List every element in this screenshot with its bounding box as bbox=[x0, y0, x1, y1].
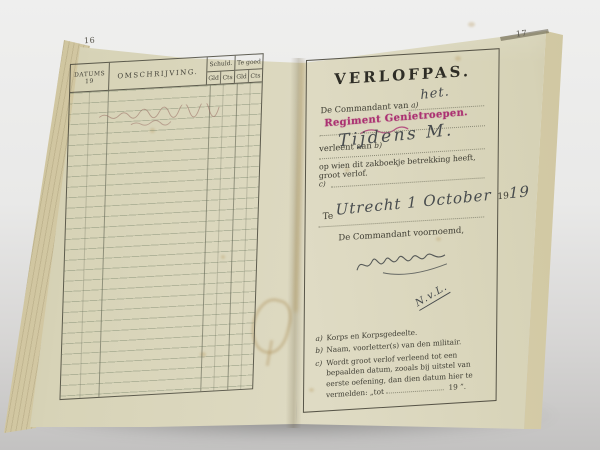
fox-spot bbox=[468, 22, 475, 27]
commandant-signature bbox=[353, 240, 453, 284]
table-gridline bbox=[240, 83, 251, 389]
footnote-c-closing-quote: ”. bbox=[460, 382, 466, 391]
form-title: VERLOFPAS. bbox=[307, 60, 499, 90]
footnote-c-year: 19 bbox=[448, 383, 457, 393]
footnotes: a) Korps en Korpsgedeelte. b) Naam, voor… bbox=[315, 321, 487, 402]
paraaf-initials: N.v.L. bbox=[414, 282, 451, 311]
column-omschrijving: OMSCHRIJVING. bbox=[109, 57, 208, 90]
handwritten-place-date: Utrecht 1 October 1919 bbox=[335, 182, 530, 219]
table-gridline bbox=[79, 92, 90, 398]
verlofpas-form: VERLOFPAS. De Commandant van a) het. Reg… bbox=[303, 48, 500, 413]
column-schuld: Schuld. Gld Cts bbox=[207, 56, 236, 85]
column-tegoed: Te goed Gld Cts bbox=[235, 54, 263, 83]
footnote-c: c) Wordt groot verlof verleend tot een b… bbox=[315, 348, 487, 402]
account-table-body bbox=[60, 82, 261, 399]
form-border-box: VERLOFPAS. De Commandant van a) het. Reg… bbox=[303, 48, 500, 413]
footnote-ref-c: c) bbox=[319, 179, 326, 188]
table-gridline bbox=[227, 84, 238, 390]
handwritten-year: 19 bbox=[509, 182, 531, 202]
photo-of-open-booklet: 16 17 DATUMS 19 OMSCHRIJVING. Schuld. Gl… bbox=[0, 0, 600, 450]
te-label: Te bbox=[323, 212, 334, 223]
subcol-gld: Gld bbox=[235, 70, 249, 83]
subcol-cts: Cts bbox=[249, 69, 262, 82]
pencil-note-scribble bbox=[97, 102, 230, 139]
subcol-cts: Cts bbox=[221, 71, 234, 84]
right-page-number: 17 bbox=[516, 28, 528, 38]
blank-dotted-space bbox=[386, 383, 444, 395]
voornoemd-line: De Commandant voornoemd, bbox=[305, 224, 497, 246]
account-table: DATUMS 19 OMSCHRIJVING. Schuld. Gld Cts … bbox=[59, 53, 263, 400]
printed-year: 19 bbox=[497, 191, 509, 202]
handwritten-het: het. bbox=[420, 84, 450, 103]
left-page-number: 16 bbox=[84, 36, 96, 46]
column-datums: DATUMS 19 bbox=[70, 63, 110, 92]
subcol-gld: Gld bbox=[207, 72, 221, 85]
